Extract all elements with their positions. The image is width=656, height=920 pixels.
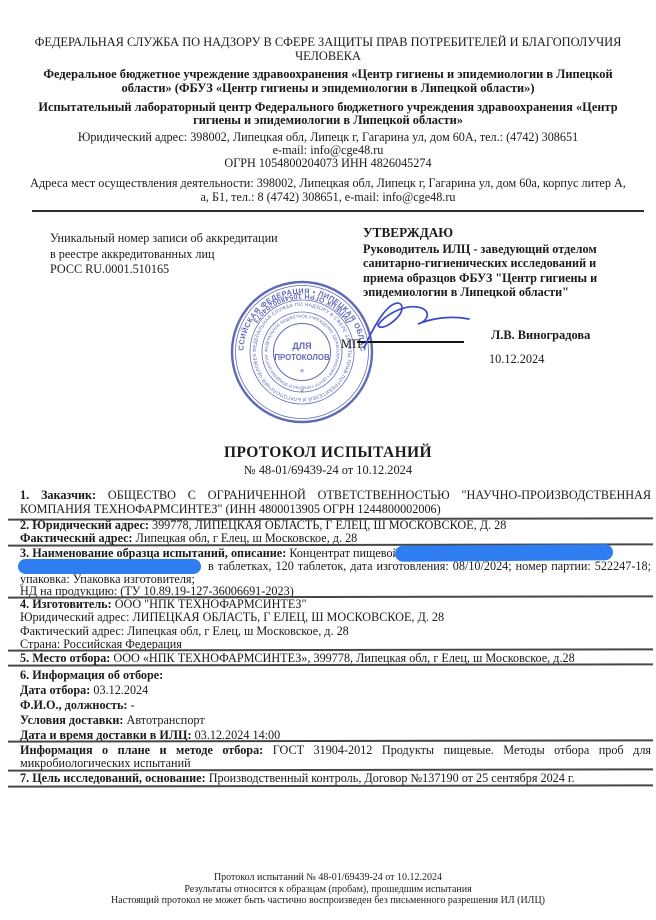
protocol-number: № 48-01/69439-24 от 10.12.2024 <box>0 463 656 478</box>
section-2-legal-address: 2. Юридический адрес: 399778, ЛИПЕЦКАЯ О… <box>20 519 651 544</box>
footer-protocol-ref: Протокол испытаний № 48-01/69439-24 от 1… <box>0 872 656 884</box>
activity-addresses: Адреса мест осуществления деятельности: … <box>28 177 628 203</box>
page-footer: Протокол испытаний № 48-01/69439-24 от 1… <box>0 872 656 907</box>
accreditation-note: Уникальный номер записи об аккредитации … <box>50 231 350 278</box>
approval-line: приема образцов ФБУЗ "Центр гигиены и <box>363 271 651 285</box>
official-stamp: РОССИЙСКАЯ ФЕДЕРАЦИЯ • ЛИПЕЦКАЯ ОБЛАСТЬ … <box>222 272 382 432</box>
approval-block: УТВЕРЖДАЮ Руководитель ИЛЦ - заведующий … <box>363 226 651 299</box>
section-6-sampling-method: Информация о плане и методе отбора: ГОСТ… <box>20 744 651 770</box>
separator-line <box>8 663 653 666</box>
header-rule <box>32 210 644 212</box>
stamp-center-line2: ПРОТОКОЛОВ <box>274 353 330 362</box>
section-7-label: 7. Цель исследований, основание: <box>20 771 206 785</box>
section-4-row: Фактический адрес: Липецкая обл, г Елец,… <box>20 625 651 638</box>
approval-line: санитарно-гигиенических исследований и <box>363 256 651 270</box>
ogrn-inn-line: ОГРН 1054800204073 ИНН 4826045274 <box>28 157 628 170</box>
section-1-label: 1. Заказчик: <box>20 488 96 502</box>
section-4-row: Юридический адрес: ЛИПЕЦКАЯ ОБЛАСТЬ, Г Е… <box>20 611 651 624</box>
signer-name: Л.В. Виноградова <box>491 328 590 343</box>
stamp-star-icon: ✳ <box>299 368 304 375</box>
section-3-value-start: Концентрат пищевой « <box>289 546 408 560</box>
stamp-ring-inner-text: ФЕДЕРАЛЬНОЕ БЮДЖЕТНОЕ УЧРЕЖДЕНИЕ ЗДРАВОО… <box>222 272 341 391</box>
section-1-customer: 1. Заказчик: ОБЩЕСТВО С ОГРАНИЧЕННОЙ ОТВ… <box>20 489 651 517</box>
accreditation-line: в реестре аккредитованных лиц <box>50 247 350 263</box>
section-7-purpose: 7. Цель исследований, основание: Произво… <box>20 772 651 785</box>
section-5-label: 5. Место отбора: <box>20 651 110 665</box>
approval-date: 10.12.2024 <box>489 352 544 367</box>
section-2-value2: Липецкая обл, г Елец, ш Московское, д. 2… <box>136 531 358 545</box>
section-6-sampling-info: 6. Информация об отборе: Дата отбора: 03… <box>20 668 651 743</box>
stamp-center-line1: ДЛЯ <box>292 341 311 351</box>
protocol-title: ПРОТОКОЛ ИСПЫТАНИЙ <box>0 444 656 462</box>
section-6-row: Условия доставки: Автотранспорт <box>20 713 651 728</box>
footer-results-note: Результаты относятся к образцам (пробам)… <box>0 884 656 896</box>
section-4-label: 4. Изготовитель: <box>20 597 112 611</box>
section-4-row: 4. Изготовитель: ООО "НПК ТЕХНОФАРМСИНТЕ… <box>20 598 651 611</box>
letterhead: ФЕДЕРАЛЬНАЯ СЛУЖБА ПО НАДЗОРУ В СФЕРЕ ЗА… <box>28 36 628 204</box>
section-4-value: ООО "НПК ТЕХНОФАРМСИНТЕЗ" <box>115 597 307 611</box>
delivery-conditions-value: Автотранспорт <box>127 713 205 727</box>
sampler-name-label: Ф.И.О., должность: <box>20 698 127 712</box>
protocol-document-page: ФЕДЕРАЛЬНАЯ СЛУЖБА ПО НАДЗОРУ В СФЕРЕ ЗА… <box>0 0 656 920</box>
section-7-value: Производственный контроль, Договор №1371… <box>209 771 575 785</box>
svg-text:ФЕДЕРАЛЬНОЕ БЮДЖЕТНОЕ УЧРЕЖДЕН: ФЕДЕРАЛЬНОЕ БЮДЖЕТНОЕ УЧРЕЖДЕНИЕ ЗДРАВОО… <box>222 272 341 391</box>
section-4-manufacturer: 4. Изготовитель: ООО "НПК ТЕХНОФАРМСИНТЕ… <box>20 598 651 651</box>
section-1-value: ОБЩЕСТВО С ОГРАНИЧЕННОЙ ОТВЕТСТВЕННОСТЬЮ… <box>20 488 651 516</box>
redaction-bar <box>18 559 201 574</box>
section-2-row: Фактический адрес: Липецкая обл, г Елец,… <box>20 532 651 545</box>
agency-name: ФЕДЕРАЛЬНАЯ СЛУЖБА ПО НАДЗОРУ В СФЕРЕ ЗА… <box>28 36 628 63</box>
approval-title: УТВЕРЖДАЮ <box>363 226 651 240</box>
section-6-label: 6. Информация об отборе: <box>20 668 163 682</box>
section-6-row: Дата отбора: 03.12.2024 <box>20 683 651 698</box>
delivery-conditions-label: Условия доставки: <box>20 713 124 727</box>
laboratory-name: Испытательный лабораторный центр Федерал… <box>28 101 628 128</box>
section-2-label2: Фактический адрес: <box>20 531 133 545</box>
section-6-row: Ф.И.О., должность: - <box>20 698 651 713</box>
approval-line: Руководитель ИЛЦ - заведующий отделом <box>363 242 651 256</box>
redaction-bar <box>395 544 613 562</box>
accreditation-line: Уникальный номер записи об аккредитации <box>50 231 350 247</box>
signature-scribble <box>359 296 477 356</box>
sampling-date-label: Дата отбора: <box>20 683 90 697</box>
sampling-date-value: 03.12.2024 <box>93 683 148 697</box>
sampler-name-value: - <box>131 698 135 712</box>
organization-name: Федеральное бюджетное учреждение здравоо… <box>28 68 628 95</box>
stamp-star-icon: ✳ <box>300 388 305 395</box>
footer-copy-note: Настоящий протокол не может быть частичн… <box>0 895 656 907</box>
separator-line <box>8 784 653 787</box>
sampling-method-label: Информация о плане и методе отбора: <box>20 743 263 757</box>
section-3-label: 3. Наименование образца испытаний, описа… <box>20 546 286 560</box>
